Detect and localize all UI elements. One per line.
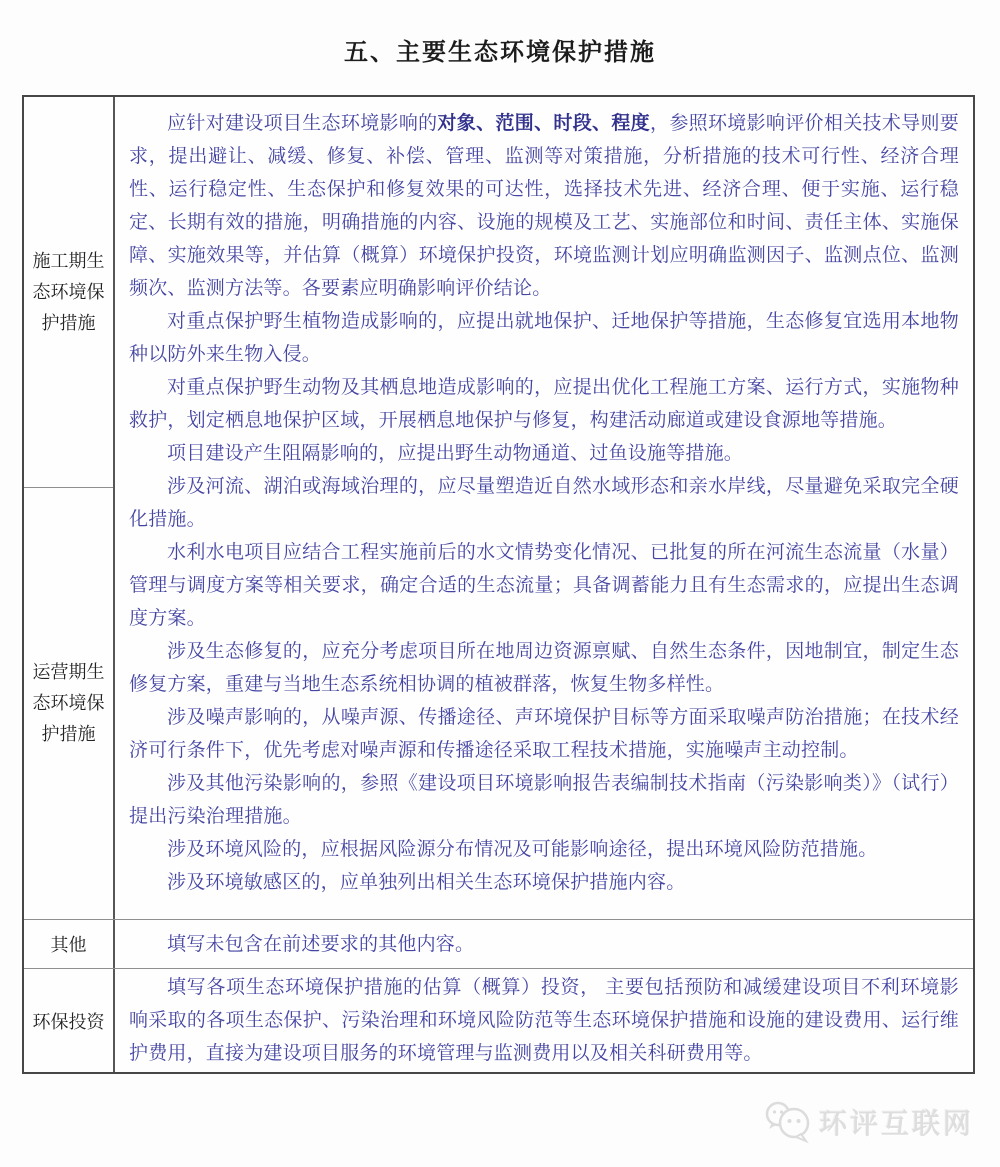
- measures-table: 施工期生态环境保护措施 运营期生态环境保护措施 应针对建设项目生态环境影响的对象…: [22, 95, 975, 1074]
- document-page: 五、主要生态环境保护措施 施工期生态环境保护措施 运营期生态环境保护措施 应针对…: [0, 0, 1000, 1167]
- investment-content-cell: 填写各项生态环境保护措施的估算（概算）投资， 主要包括预防和减缓建设项目不利环境…: [115, 969, 973, 1072]
- measure-paragraph-intro: 应针对建设项目生态环境影响的对象、范围、时段、程度，参照环境影响评价相关技术导则…: [129, 107, 959, 305]
- intro-suffix-text: ，参照环境影响评价相关技术导则要求，提出避让、减缓、修复、补偿、管理、监测等对策…: [129, 113, 959, 299]
- measures-content-cell: 应针对建设项目生态环境影响的对象、范围、时段、程度，参照环境影响评价相关技术导则…: [115, 97, 973, 919]
- investment-paragraph: 填写各项生态环境保护措施的估算（概算）投资， 主要包括预防和减缓建设项目不利环境…: [129, 971, 959, 1070]
- measure-paragraph: 涉及其他污染影响的，参照《建设项目环境影响报告表编制技术指南（污染影响类）》（试…: [129, 767, 959, 833]
- measure-paragraph: 涉及环境敏感区的，应单独列出相关生态环境保护措施内容。: [129, 866, 959, 899]
- measure-paragraph: 对重点保护野生动物及其栖息地造成影响的，应提出优化工程施工方案、运行方式，实施物…: [129, 371, 959, 437]
- intro-prefix-text: 应针对建设项目生态环境影响的: [167, 113, 437, 134]
- measure-paragraph: 对重点保护野生植物造成影响的，应提出就地保护、迁地保护等措施，生态修复宜选用本地…: [129, 305, 959, 371]
- measure-paragraph: 涉及河流、湖泊或海域治理的，应尽量塑造近自然水域形态和亲水岸线，尽量避免采取完全…: [129, 470, 959, 536]
- intro-bold-text: 对象、范围、时段、程度: [437, 113, 650, 134]
- brand-watermark: 环评互联网: [763, 1100, 974, 1144]
- measure-paragraph: 涉及噪声影响的，从噪声源、传播途径、声环境保护目标等方面采取噪声防治措施；在技术…: [129, 701, 959, 767]
- operation-period-label: 运营期生态环境保护措施: [24, 488, 113, 919]
- investment-row: 环保投资 填写各项生态环境保护措施的估算（概算）投资， 主要包括预防和减缓建设项…: [24, 968, 973, 1072]
- chat-bubbles-icon: [763, 1100, 815, 1144]
- construction-period-label: 施工期生态环境保护措施: [24, 97, 113, 488]
- row-label-column: 施工期生态环境保护措施 运营期生态环境保护措施: [24, 97, 115, 919]
- main-measures-section: 施工期生态环境保护措施 运营期生态环境保护措施 应针对建设项目生态环境影响的对象…: [24, 97, 973, 919]
- other-row: 其他 填写未包含在前述要求的其他内容。: [24, 919, 973, 968]
- measure-paragraph: 涉及环境风险的，应根据风险源分布情况及可能影响途径，提出环境风险防范措施。: [129, 833, 959, 866]
- page-title: 五、主要生态环境保护措施: [0, 32, 1000, 67]
- measure-paragraph: 项目建设产生阻隔影响的，应提出野生动物通道、过鱼设施等措施。: [129, 437, 959, 470]
- measure-paragraph: 涉及生态修复的，应充分考虑项目所在地周边资源禀赋、自然生态条件，因地制宜，制定生…: [129, 635, 959, 701]
- other-paragraph: 填写未包含在前述要求的其他内容。: [129, 928, 959, 961]
- investment-label: 环保投资: [24, 969, 115, 1072]
- brand-name: 环评互联网: [819, 1102, 974, 1142]
- measure-paragraph: 水利水电项目应结合工程实施前后的水文情势变化情况、已批复的所在河流生态流量（水量…: [129, 536, 959, 635]
- other-label: 其他: [24, 920, 115, 968]
- other-content-cell: 填写未包含在前述要求的其他内容。: [115, 920, 973, 968]
